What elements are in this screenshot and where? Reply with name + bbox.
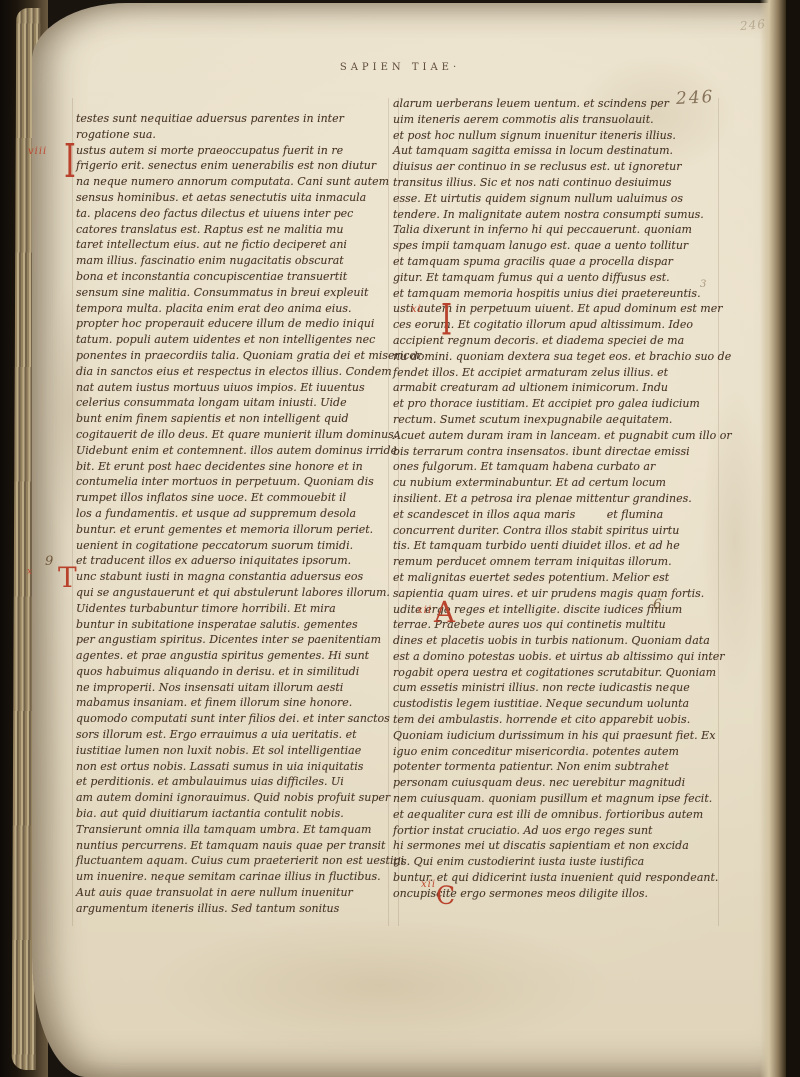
manuscript-text-line: Aut tamquam sagitta emissa in locum dest…	[393, 143, 723, 159]
faint-corner-number: 246	[739, 17, 766, 33]
manuscript-text-line: uim iteneris aerem commotis alis transuo…	[393, 112, 723, 128]
rubric-initial-iustus: I	[64, 140, 76, 187]
manuscript-text-line: armabit creaturam ad ultionem inimicorum…	[393, 380, 723, 396]
manuscript-text-line: Quoniam iudicium durissimum in his qui p…	[393, 728, 723, 744]
rubric-initial-iusti: I	[441, 299, 452, 342]
margin-nota-mark: 9	[45, 554, 53, 569]
manuscript-text-line: et malignitas euertet sedes potentium. M…	[393, 570, 723, 586]
manuscript-text-line: et traducent illos ex aduerso iniquitate…	[76, 553, 398, 569]
manuscript-text-line: tatum. populi autem uidentes et non inte…	[76, 332, 398, 348]
manuscript-text-line: rumpet illos inflatos sine uoce. Et comm…	[76, 490, 398, 506]
manuscript-text-line: et perditionis. et ambulauimus uias diff…	[76, 774, 398, 790]
manuscript-text-line: hi sermones mei ut discatis sapientiam e…	[393, 838, 723, 854]
manuscript-text-line: gitur. Et tamquam fumus qui a uento diff…	[393, 270, 723, 286]
manuscript-text-line: dines et placetis uobis in turbis nation…	[393, 633, 723, 649]
manuscript-text-line: transitus illius. Sic et nos nati contin…	[393, 175, 723, 191]
manuscript-text-line: buntur. et erunt gementes et memoria ill…	[76, 522, 398, 538]
manuscript-text-line: Uidebunt enim et contemnent. illos autem…	[76, 443, 398, 459]
rubric-initial-audite: A	[434, 598, 455, 627]
manuscript-text-line: am autem domini ignorauimus. Quid nobis …	[76, 790, 398, 806]
text-column-right: alarum uerberans leuem uentum. et scinde…	[393, 96, 723, 902]
manuscript-text-line: ustus autem si morte praeoccupatus fueri…	[76, 143, 398, 159]
manuscript-text-line: uenient in cogitatione peccatorum suorum…	[76, 538, 398, 554]
manuscript-text-line: quos habuimus aliquando in derisu. et in…	[76, 664, 398, 680]
manuscript-text-line: bia. aut quid diuitiarum iactantia contu…	[76, 806, 398, 822]
manuscript-text-line: celerius consummata longam uitam iniusti…	[76, 395, 398, 411]
manuscript-text-line: propter hoc properauit educere illum de …	[76, 316, 398, 332]
manuscript-text-line: spes impii tamquam lanugo est. quae a ue…	[393, 238, 723, 254]
manuscript-text-line: testes sunt nequitiae aduersus parentes …	[76, 111, 398, 127]
manuscript-text-line: los a fundamentis. et usque ad suppremum…	[76, 506, 398, 522]
manuscript-text-line: um inuenire. neque semitam carinae illiu…	[76, 869, 398, 885]
manuscript-text-line: ta. placens deo factus dilectus et uiuen…	[76, 206, 398, 222]
manuscript-text-line: contumelia inter mortuos in perpetuum. Q…	[76, 474, 398, 490]
manuscript-text-line: et scandescet in illos aqua maris et flu…	[393, 507, 723, 523]
manuscript-text-line: et pro thorace iustitiam. Et accipiet pr…	[393, 396, 723, 412]
manuscript-text-line: insilient. Et a petrosa ira plenae mitte…	[393, 491, 723, 507]
manuscript-text-line: fluctuantem aquam. Cuius cum praeterieri…	[76, 853, 398, 869]
manuscript-text-line: bunt enim finem sapientis et non intelli…	[76, 411, 398, 427]
manuscript-text-line: taret intellectum eius. aut ne fictio de…	[76, 237, 398, 253]
manuscript-text-line: fendet illos. Et accipiet armaturam zelu…	[393, 365, 723, 381]
manuscript-text-line: catores translatus est. Raptus est ne ma…	[76, 222, 398, 238]
running-title: SAPIEN TIAE·	[290, 62, 510, 73]
manuscript-text-line: buntur in subitatione insperatae salutis…	[76, 617, 398, 633]
manuscript-text-line: alarum uerberans leuem uentum. et scinde…	[393, 96, 723, 112]
manuscript-text-line: Aut auis quae transuolat in aere nullum …	[76, 885, 398, 901]
manuscript-text-line: rogabit opera uestra et cogitationes scr…	[393, 665, 723, 681]
manuscript-text-line: tis. Qui enim custodierint iusta iuste i…	[393, 854, 723, 870]
manuscript-text-line: potenter tormenta patientur. Non enim su…	[393, 759, 723, 775]
manuscript-text-line: ponentes in praecordiis talia. Quoniam g…	[76, 348, 398, 364]
manuscript-text-line: custodistis legem iustitiae. Neque secun…	[393, 696, 723, 712]
manuscript-text-line: Transierunt omnia illa tamquam umbra. Et…	[76, 822, 398, 838]
manuscript-text-line: nuntius percurrens. Et tamquam nauis qua…	[76, 838, 398, 854]
chapter-numeral-xii-b: xii	[421, 879, 436, 890]
manuscript-text-line: Talia dixerunt in inferno hi qui peccaue…	[393, 222, 723, 238]
manuscript-text-line: sensus hominibus. et aetas senectutis ui…	[76, 190, 398, 206]
manuscript-text-line: nem cuiusquam. quoniam pusillum et magnu…	[393, 791, 723, 807]
page-fore-edge	[760, 0, 786, 1077]
manuscript-text-line: ne improperii. Nos insensati uitam illor…	[76, 680, 398, 696]
manuscript-text-line: personam cuiusquam deus. nec uerebitur m…	[393, 775, 723, 791]
manuscript-text-line: bit. Et erunt post haec decidentes sine …	[76, 459, 398, 475]
manuscript-text-line: argumentum iteneris illius. Sed tantum s…	[76, 901, 398, 917]
manuscript-text-line: unc stabunt iusti in magna constantia ad…	[76, 569, 398, 585]
manuscript-text-line: tis. Et tamquam turbido uenti diuidet il…	[393, 538, 723, 554]
manuscript-text-line: non est ortus nobis. Lassati sumus in ui…	[76, 759, 398, 775]
manuscript-text-line: cum essetis ministri illius. non recte i…	[393, 680, 723, 696]
manuscript-text-line: rogatione sua.	[76, 127, 398, 143]
manuscript-text-line: mam illius. fascinatio enim nugacitatis …	[76, 253, 398, 269]
manuscript-text-line: remum perducet omnem terram iniquitas il…	[393, 554, 723, 570]
manuscript-text-line: sensum sine malitia. Consummatus in breu…	[76, 285, 398, 301]
manuscript-text-line: ones fulgorum. Et tamquam habena curbato…	[393, 459, 723, 475]
manuscript-text-line: frigerio erit. senectus enim uenerabilis…	[76, 158, 398, 174]
manuscript-text-line: mabamus insaniam. et finem illorum sine …	[76, 695, 398, 711]
manuscript-text-line: per angustiam spiritus. Dicentes inter s…	[76, 632, 398, 648]
manuscript-text-line: quomodo computati sunt inter filios dei.…	[76, 711, 398, 727]
manuscript-photo: SAPIEN TIAE· 246 246 testes sunt nequiti…	[0, 0, 800, 1077]
manuscript-text-line: est a domino potestas uobis. et uirtus a…	[393, 649, 723, 665]
chapter-numeral-viii: viii	[28, 146, 47, 157]
ruling-line	[72, 98, 73, 926]
manuscript-text-line: bis terrarum contra insensatos. ibunt di…	[393, 444, 723, 460]
manuscript-text-line: concurrent duriter. Contra illos stabit …	[393, 523, 723, 539]
manuscript-text-line: tendere. In malignitate autem nostra con…	[393, 207, 723, 223]
manuscript-text-line: iustitiae lumen non luxit nobis. Et sol …	[76, 743, 398, 759]
rubric-initial-tunc: T	[58, 564, 77, 592]
manuscript-text-line: esse. Et uirtutis quidem signum nullum u…	[393, 191, 723, 207]
manuscript-text-line: na neque numero annorum computata. Cani …	[76, 174, 398, 190]
manuscript-text-line: dia in sanctos eius et respectus in elec…	[76, 364, 398, 380]
manuscript-text-line: rectum. Sumet scutum inexpugnabile aequi…	[393, 412, 723, 428]
manuscript-text-line: et tamquam spuma gracilis quae a procell…	[393, 254, 723, 270]
manuscript-text-line: bona et inconstantia concupiscentiae tra…	[76, 269, 398, 285]
manuscript-text-line: Uidentes turbabuntur timore horribili. E…	[76, 601, 398, 617]
rubric-initial-concupiscite: C	[436, 883, 455, 908]
manuscript-text-line: qui se angustauerunt et qui abstulerunt …	[76, 585, 398, 601]
manuscript-text-line: tempora multa. placita enim erat deo ani…	[76, 301, 398, 317]
manuscript-text-line: cogitauerit de illo deus. Et quare munie…	[76, 427, 398, 443]
manuscript-text-line: nat autem iustus mortuus uiuos impios. E…	[76, 380, 398, 396]
manuscript-text-line: nu domini. quoniam dextera sua teget eos…	[393, 349, 723, 365]
margin-x-mark: x	[27, 567, 33, 577]
manuscript-text-line: cu nubium exterminabuntur. Et ad certum …	[393, 475, 723, 491]
margin-mark-three: 3	[700, 279, 706, 290]
margin-mark-six: 6	[653, 597, 662, 613]
chapter-numeral-xi: xi	[411, 304, 422, 315]
chapter-numeral-xii: xii	[417, 605, 432, 616]
manuscript-text-line: et aequaliter cura est illi de omnibus. …	[393, 807, 723, 823]
manuscript-text-line: et post hoc nullum signum inuenitur iten…	[393, 128, 723, 144]
manuscript-text-line: fortior instat cruciatio. Ad uos ergo re…	[393, 823, 723, 839]
manuscript-text-line: sors illorum est. Ergo errauimus a uia u…	[76, 727, 398, 743]
manuscript-text-line: tem dei ambulastis. horrende et cito app…	[393, 712, 723, 728]
background-right-edge	[786, 0, 800, 1077]
manuscript-text-line: Acuet autem duram iram in lanceam. et pu…	[393, 428, 723, 444]
text-column-left: testes sunt nequitiae aduersus parentes …	[76, 111, 398, 917]
manuscript-text-line: agentes. et prae angustia spiritus gemen…	[76, 648, 398, 664]
manuscript-text-line: iguo enim conceditur misericordia. poten…	[393, 744, 723, 760]
manuscript-text-line: diuisus aer continuo in se reclusus est.…	[393, 159, 723, 175]
